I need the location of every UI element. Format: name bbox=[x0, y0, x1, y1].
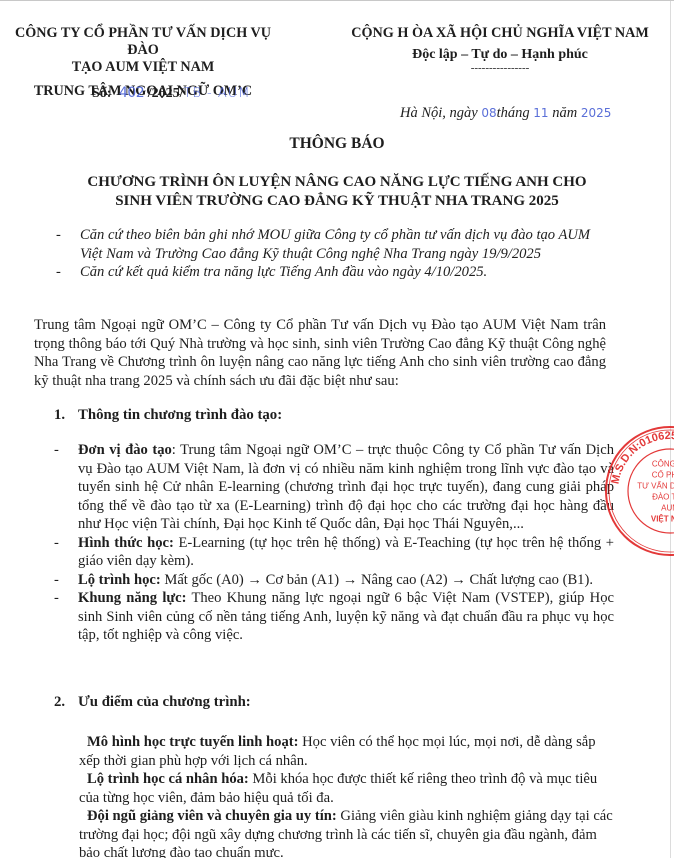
item-label: Hình thức học: bbox=[78, 535, 174, 551]
legal-basis-list: - Căn cứ theo biên bản ghi nhớ MOU giữa … bbox=[56, 226, 616, 282]
item-label: Đơn vị đào tạo bbox=[78, 442, 172, 458]
svg-text:ĐÀO TẠO: ĐÀO TẠO bbox=[652, 493, 674, 502]
advantage-item: Mô hình học trực tuyến linh hoạt: Học vi… bbox=[79, 733, 614, 770]
item-label: Lộ trình học: bbox=[78, 572, 161, 588]
company-name-line2: TẠO AUM VIỆT NAM bbox=[0, 59, 286, 76]
item-text: Mất gốc (A0) → Cơ bản (A1) → Nâng cao (A… bbox=[161, 572, 593, 588]
national-header: CỘNG H ÒA XÃ HỘI CHỦ NGHĨA VIỆT NAM Độc … bbox=[340, 25, 660, 73]
item-label: Lộ trình học cá nhân hóa: bbox=[87, 771, 249, 787]
dash-bullet: - bbox=[54, 571, 59, 590]
svg-text:TƯ VẤN DỊCH VỤ: TƯ VẤN DỊCH VỤ bbox=[637, 481, 674, 491]
basis-item: - Căn cứ kết quả kiểm tra năng lực Tiếng… bbox=[56, 263, 616, 282]
number-label: Số: bbox=[92, 86, 111, 101]
item-label: Khung năng lực: bbox=[78, 590, 186, 606]
document-page: CÔNG TY CỔ PHẦN TƯ VẤN DỊCH VỤ ĐÀO TẠO A… bbox=[0, 0, 674, 858]
number-code-handwritten: TB - AUM bbox=[183, 86, 250, 101]
dash-bullet: - bbox=[56, 226, 61, 245]
section-2-items: Mô hình học trực tuyến linh hoạt: Học vi… bbox=[79, 733, 614, 858]
date-year-handwritten: 2025 bbox=[581, 106, 612, 120]
motto-separator: ---------------- bbox=[340, 63, 660, 73]
document-title: THÔNG BÁO bbox=[0, 135, 674, 153]
number-year: /2025/ bbox=[148, 86, 184, 101]
program-info-item: - Khung năng lực: Theo Khung năng lực ng… bbox=[54, 589, 614, 645]
date-month-label: tháng bbox=[497, 105, 534, 121]
document-subtitle: CHƯƠNG TRÌNH ÔN LUYỆN NÂNG CAO NĂNG LỰC … bbox=[0, 173, 674, 211]
company-name-line1: CÔNG TY CỔ PHẦN TƯ VẤN DỊCH VỤ ĐÀO bbox=[0, 25, 286, 59]
document-number: Số: 402 /2025/TB - AUM bbox=[92, 85, 251, 102]
section-title: Ưu điểm của chương trình: bbox=[78, 694, 251, 710]
advantage-item: Lộ trình học cá nhân hóa: Mỗi khóa học đ… bbox=[79, 770, 614, 807]
basis-item: - Căn cứ theo biên bản ghi nhớ MOU giữa … bbox=[56, 226, 616, 263]
date-day-handwritten: 08 bbox=[481, 106, 496, 120]
national-motto: Độc lập – Tự do – Hạnh phúc bbox=[340, 46, 660, 63]
basis-text: Căn cứ kết quả kiểm tra năng lực Tiếng A… bbox=[80, 264, 487, 280]
dash-bullet: - bbox=[54, 441, 59, 460]
dash-bullet: - bbox=[54, 534, 59, 553]
svg-text:AUM: AUM bbox=[661, 504, 674, 513]
number-handwritten: 402 bbox=[119, 85, 144, 101]
section-number: 1. bbox=[54, 407, 78, 424]
svg-text:CỔ PHẦN: CỔ PHẦN bbox=[652, 470, 674, 480]
item-label: Đội ngũ giảng viên và chuyên gia uy tín: bbox=[87, 808, 337, 824]
dash-bullet: - bbox=[54, 589, 59, 608]
program-info-item: - Hình thức học: E-Learning (tự học trên… bbox=[54, 534, 614, 571]
section-1-heading: 1.Thông tin chương trình đào tạo: bbox=[54, 407, 282, 424]
dash-bullet: - bbox=[56, 263, 61, 282]
intro-paragraph: Trung tâm Ngoại ngữ OM’C – Công ty Cổ ph… bbox=[34, 316, 606, 390]
svg-text:VIỆT NAM: VIỆT NAM bbox=[651, 515, 674, 524]
section-1-items: - Đơn vị đào tạo: Trung tâm Ngoại ngữ OM… bbox=[54, 441, 614, 645]
issue-date: Hà Nội, ngày 08tháng 11 năm 2025 bbox=[400, 105, 611, 122]
program-info-item: - Lộ trình học: Mất gốc (A0) → Cơ bản (A… bbox=[54, 571, 614, 590]
section-title: Thông tin chương trình đào tạo: bbox=[78, 407, 282, 423]
date-prefix: Hà Nội, ngày bbox=[400, 105, 481, 121]
basis-text: Căn cứ theo biên bản ghi nhớ MOU giữa Cô… bbox=[80, 227, 590, 262]
nation-name: CỘNG H ÒA XÃ HỘI CHỦ NGHĨA VIỆT NAM bbox=[340, 25, 660, 42]
item-label: Mô hình học trực tuyến linh hoạt: bbox=[87, 734, 298, 750]
subtitle-line2: SINH VIÊN TRƯỜNG CAO ĐẲNG KỸ THUẬT NHA T… bbox=[0, 192, 674, 211]
section-number: 2. bbox=[54, 694, 78, 711]
program-info-item: - Đơn vị đào tạo: Trung tâm Ngoại ngữ OM… bbox=[54, 441, 614, 534]
section-2-heading: 2.Ưu điểm của chương trình: bbox=[54, 694, 251, 711]
company-seal-stamp: M.S.D.N:0106259 ★ Q.THANH XUÂN CÔNG TYCỔ… bbox=[604, 425, 674, 557]
date-year-label: năm bbox=[549, 105, 581, 121]
advantage-item: Đội ngũ giảng viên và chuyên gia uy tín:… bbox=[79, 807, 614, 858]
date-month-handwritten: 11 bbox=[533, 106, 548, 120]
subtitle-line1: CHƯƠNG TRÌNH ÔN LUYỆN NÂNG CAO NĂNG LỰC … bbox=[0, 173, 674, 192]
svg-text:CÔNG TY: CÔNG TY bbox=[652, 460, 674, 469]
